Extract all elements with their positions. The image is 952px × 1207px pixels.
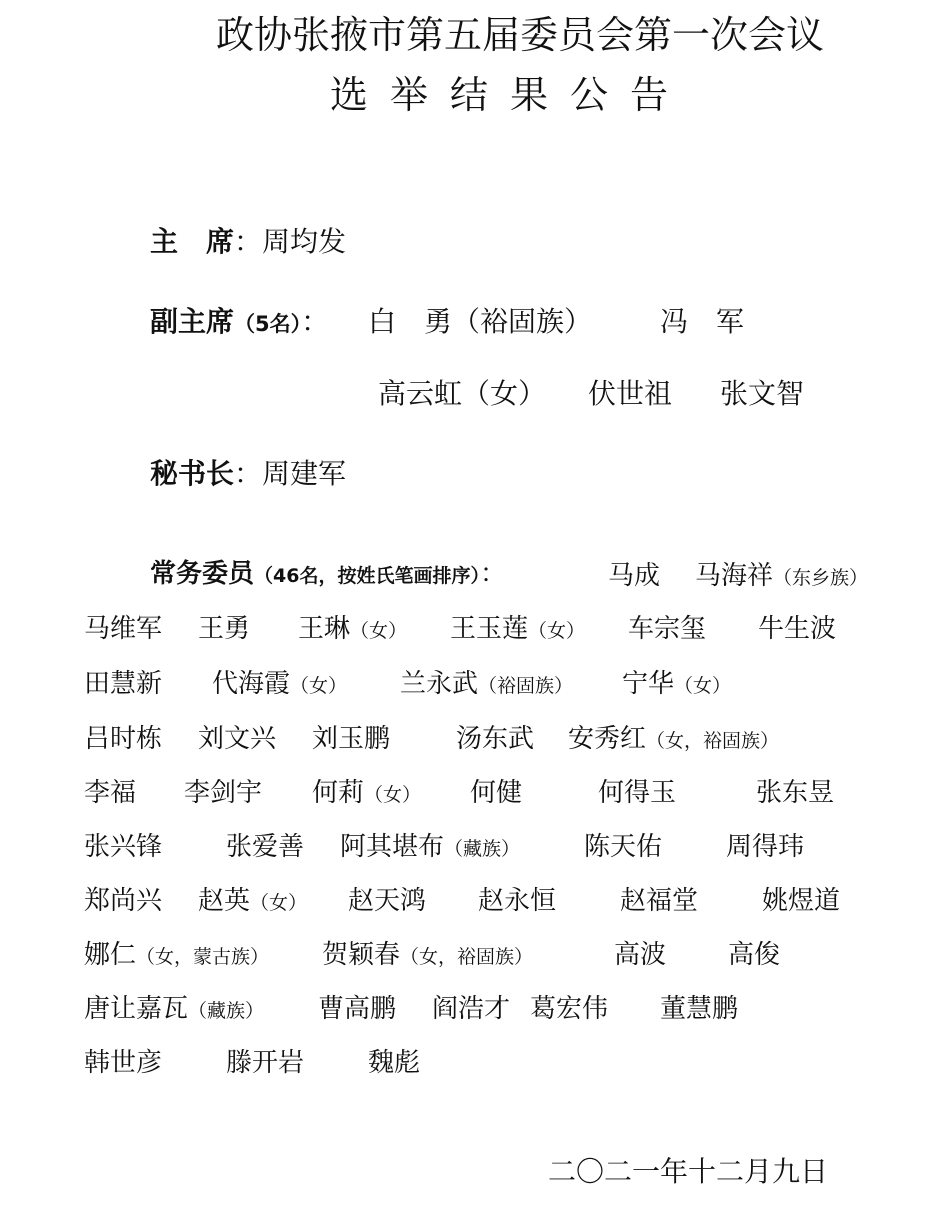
- member-note: （藏族）: [188, 1000, 264, 1022]
- member-entry: 李福: [84, 772, 136, 809]
- member-entry: 张爱善: [226, 826, 304, 863]
- member-name: 娜仁: [84, 940, 136, 970]
- member-name: 韩世彦: [84, 1048, 162, 1078]
- member-note: （女，裕固族）: [400, 946, 533, 968]
- member-name: 刘文兴: [198, 724, 276, 754]
- member-entry: 王玉莲（女）: [450, 608, 585, 645]
- member-name: 滕开岩: [226, 1048, 304, 1078]
- vice-chairman-name: 伏世祖: [588, 377, 672, 410]
- member-name: 代海霞: [212, 669, 290, 699]
- member-name: 贺颖春: [322, 940, 400, 970]
- member-name: 曹高鹏: [318, 994, 396, 1024]
- vice-chairman-name: 张文智: [720, 377, 804, 410]
- member-name: 王玉莲: [450, 614, 528, 644]
- member-entry: 唐让嘉瓦（藏族）: [84, 988, 264, 1025]
- secretary-general-name: 周建军: [262, 457, 346, 490]
- vice-chairmen-label: 副主席: [150, 305, 234, 338]
- member-name: 吕时栋: [84, 724, 162, 754]
- member-name: 赵永恒: [478, 886, 556, 916]
- member-entry: 赵永恒: [478, 880, 556, 917]
- member-name: 王琳: [298, 614, 350, 644]
- member-name: 王勇: [198, 614, 250, 644]
- chairman-name: 周均发: [262, 225, 346, 258]
- member-name: 车宗玺: [628, 614, 706, 644]
- secretary-general-label: 秘书长: [150, 457, 234, 490]
- member-name: 安秀红: [568, 724, 646, 754]
- member-entry: 王勇: [198, 608, 250, 645]
- member-entry: 安秀红（女，裕固族）: [568, 718, 779, 755]
- member-note: （女）: [364, 784, 421, 806]
- member-entry: 赵福堂: [620, 880, 698, 917]
- member-name: 周得玮: [726, 832, 804, 862]
- document-subtitle: 选举结果公告: [0, 64, 952, 119]
- member-note: （裕固族）: [478, 675, 573, 697]
- member-name: 高波: [614, 940, 666, 970]
- vice-chairmen-count: （5名）: [234, 312, 301, 336]
- member-entry: 娜仁（女，蒙古族）: [84, 934, 269, 971]
- member-entry: 姚煜道: [762, 880, 840, 917]
- member-entry: 葛宏伟: [530, 988, 608, 1025]
- member-name: 张兴锋: [84, 832, 162, 862]
- vice-chairman-name: 高云虹: [378, 377, 462, 410]
- member-entry: 高俊: [728, 934, 780, 971]
- member-name: 刘玉鹏: [312, 724, 390, 754]
- member-entry: 宁华（女）: [622, 663, 731, 700]
- member-entry: 曹高鹏: [318, 988, 396, 1025]
- member-name: 郑尚兴: [84, 886, 162, 916]
- vice-chairman-entry: 白 勇（裕固族）: [368, 300, 592, 340]
- document-title: 政协张掖市第五届委员会第一次会议: [0, 4, 952, 59]
- member-note: （藏族）: [444, 838, 520, 860]
- member-name: 何莉: [312, 778, 364, 808]
- member-name: 陈天佑: [584, 832, 662, 862]
- member-name: 李剑宇: [184, 778, 262, 808]
- member-name: 宁华: [622, 669, 674, 699]
- announcement-date: 二〇二一年十二月九日: [548, 1150, 828, 1190]
- member-name: 何得玉: [598, 778, 676, 808]
- chairman-line: 主 席：周均发: [150, 220, 346, 260]
- member-name: 唐让嘉瓦: [84, 994, 188, 1024]
- member-name: 马成: [608, 561, 660, 591]
- member-name: 马海祥: [695, 561, 773, 591]
- member-entry: 车宗玺: [628, 608, 706, 645]
- member-entry: 马维军: [84, 608, 162, 645]
- secretary-general-line: 秘书长：周建军: [150, 452, 346, 492]
- vice-chairman-entry: 张文智: [720, 372, 804, 412]
- member-entry: 阎浩才: [432, 988, 510, 1025]
- colon: ：: [480, 559, 506, 589]
- vice-chairman-entry: 冯 军: [660, 300, 744, 340]
- member-name: 兰永武: [400, 669, 478, 699]
- member-entry: 刘文兴: [198, 718, 276, 755]
- member-note: （女）: [290, 675, 347, 697]
- member-entry: 陈天佑: [584, 826, 662, 863]
- member-name: 马维军: [84, 614, 162, 644]
- member-entry: 贺颖春（女，裕固族）: [322, 934, 533, 971]
- standing-committee-label: 常务委员: [150, 559, 254, 589]
- member-entry: 郑尚兴: [84, 880, 162, 917]
- member-name: 张爱善: [226, 832, 304, 862]
- member-name: 张东昱: [756, 778, 834, 808]
- colon: ：: [234, 225, 262, 258]
- member-note: （女）: [674, 675, 731, 697]
- member-name: 赵英: [198, 886, 250, 916]
- member-name: 魏彪: [368, 1048, 420, 1078]
- member-entry: 王琳（女）: [298, 608, 407, 645]
- vice-chairman-note: （女）: [462, 377, 546, 410]
- standing-committee-count: （46名，按姓氏笔画排序）: [254, 565, 480, 587]
- member-entry: 赵英（女）: [198, 880, 307, 917]
- member-name: 阎浩才: [432, 994, 510, 1024]
- member-entry: 张兴锋: [84, 826, 162, 863]
- member-entry: 周得玮: [726, 826, 804, 863]
- member-entry: 代海霞（女）: [212, 663, 347, 700]
- member-name: 赵福堂: [620, 886, 698, 916]
- member-name: 阿其堪布: [340, 832, 444, 862]
- member-note: （女，裕固族）: [646, 730, 779, 752]
- member-entry: 赵天鸿: [348, 880, 426, 917]
- vice-chairmen-line: 副主席（5名）：: [150, 300, 329, 340]
- member-name: 汤东武: [456, 724, 534, 754]
- member-name: 李福: [84, 778, 136, 808]
- member-entry: 牛生波: [758, 608, 836, 645]
- member-entry: 汤东武: [456, 718, 534, 755]
- member-entry: 何健: [470, 772, 522, 809]
- member-entry: 董慧鹏: [660, 988, 738, 1025]
- member-note: （东乡族）: [773, 567, 868, 589]
- member-name: 田慧新: [84, 669, 162, 699]
- colon: ：: [301, 305, 329, 338]
- member-entry: 何得玉: [598, 772, 676, 809]
- member-entry: 何莉（女）: [312, 772, 421, 809]
- member-entry: 魏彪: [368, 1042, 420, 1079]
- member-name: 高俊: [728, 940, 780, 970]
- chairman-label: 主 席: [150, 225, 234, 258]
- member-entry: 李剑宇: [184, 772, 262, 809]
- vice-chairman-note: （裕固族）: [452, 305, 592, 338]
- member-note: （女）: [528, 620, 585, 642]
- member-name: 赵天鸿: [348, 886, 426, 916]
- member-entry: 兰永武（裕固族）: [400, 663, 573, 700]
- standing-committee-heading: 常务委员（46名，按姓氏笔画排序）：: [150, 553, 506, 590]
- member-entry: 韩世彦: [84, 1042, 162, 1079]
- vice-chairman-name: 冯 军: [660, 305, 744, 338]
- vice-chairman-entry: 伏世祖: [588, 372, 672, 412]
- member-name: 姚煜道: [762, 886, 840, 916]
- member-note: （女）: [250, 892, 307, 914]
- colon: ：: [234, 457, 262, 490]
- member-name: 何健: [470, 778, 522, 808]
- member-note: （女）: [350, 620, 407, 642]
- member-entry: 高波: [614, 934, 666, 971]
- member-entry: 刘玉鹏: [312, 718, 390, 755]
- member-name: 葛宏伟: [530, 994, 608, 1024]
- member-entry: 马成: [608, 555, 660, 592]
- vice-chairman-name: 白 勇: [368, 305, 452, 338]
- vice-chairman-entry: 高云虹（女）: [378, 372, 546, 412]
- member-entry: 吕时栋: [84, 718, 162, 755]
- member-entry: 田慧新: [84, 663, 162, 700]
- member-entry: 滕开岩: [226, 1042, 304, 1079]
- member-entry: 马海祥（东乡族）: [695, 555, 868, 592]
- member-name: 董慧鹏: [660, 994, 738, 1024]
- member-entry: 阿其堪布（藏族）: [340, 826, 520, 863]
- member-entry: 张东昱: [756, 772, 834, 809]
- member-note: （女，蒙古族）: [136, 946, 269, 968]
- member-name: 牛生波: [758, 614, 836, 644]
